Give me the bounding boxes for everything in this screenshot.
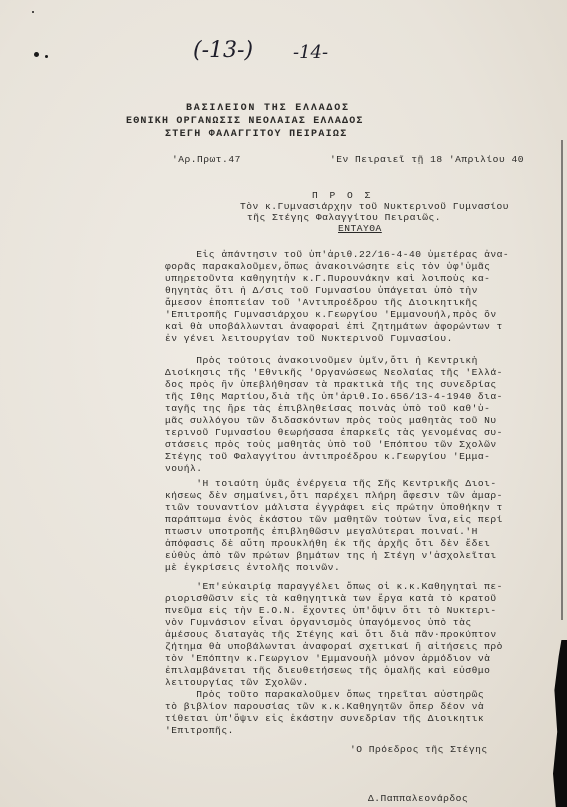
- page-edge-shadow: [561, 140, 563, 620]
- place-date: 'Εν Πειραιεῖ τῇ 18 'Απριλίου 40: [330, 154, 524, 165]
- body-line: 'Επιτροπῆς.: [165, 725, 234, 736]
- body-line: 'Επιτροπῆς Γυμνασιάρχου κ.Γεωργίου 'Εμμα…: [165, 309, 497, 320]
- letterhead-line-3: ΣΤΕΓΗ ΦΑΛΑΓΓΙΤΟΥ ΠΕΙΡΑΙΩΣ: [165, 129, 348, 140]
- body-line: κήσεως δὲν σημαίνει,ὅτι παρέχει πλήρη ἄφ…: [165, 490, 503, 501]
- body-line: παράπτωμα ἑνὸς ἑκάστου τῶν μαθητῶν τούτω…: [165, 514, 503, 525]
- body-line: νουήλ.: [165, 463, 203, 474]
- body-line: καὶ θὰ υποβάλλωνται ἀναφοραὶ ἐπὶ ζητημάτ…: [165, 321, 503, 332]
- ink-spot: [32, 11, 34, 13]
- body-line: τιῶν τουναντίον μάλιστα ἐγγράφει εἰς πρώ…: [165, 502, 503, 513]
- addressee-location: ΕΝΤΑΥΘΑ: [338, 223, 382, 234]
- body-line: νὸν Γυμνάσιον εἶναι ὀργανισμὸς ὑπαγόμενο…: [165, 617, 472, 628]
- body-line: λειτουργίας τῶν Σχολῶν.: [165, 677, 309, 688]
- body-line: ἄμεσον ἐποπτείαν τοῦ 'Αντιπροέδρου τῆς Δ…: [165, 297, 478, 308]
- torn-page-edge: [553, 640, 567, 807]
- body-line: εὐθὺς ἀπὸ τῶν πρώτων βημάτων της ἡ Στέγη…: [165, 550, 497, 561]
- body-line: ἐν γένει λειτουργίαν τοῦ Νυκτερινοῦ Γυμν…: [165, 333, 453, 344]
- body-line: ταγῆς της ἤρε τὰς ἐπιβληθείσας ποινὰς ὑπ…: [165, 403, 490, 414]
- body-line: τίθεται ὑπ'ὄψιν εἰς ἑκάστην συνεδρίαν τῆ…: [165, 713, 484, 724]
- body-line: τῆς Ιθης Μαρτίου,διὰ τῆς ὑπ'ἀριθ.Ιο.656/…: [165, 391, 503, 402]
- letterhead-line-1: ΒΑΣΙΛΕΙΟΝ ΤΗΣ ΕΛΛΑΔΟΣ: [186, 103, 350, 114]
- body-line: 'Επ'εὐκαιρίᾳ παραγγέλει ὅπως οἱ κ.κ.Καθη…: [165, 581, 503, 592]
- letterhead-line-2: ΕΘΝΙΚΗ ΟΡΓΑΝΩΣΙΣ ΝΕΟΛΑΙΑΣ ΕΛΛΑΔΟΣ: [126, 116, 364, 127]
- body-line: Πρὸς τοῦτο παρακαλοῦμεν ὅπως τηρεῖται αὐ…: [165, 689, 484, 700]
- handwritten-page-number-left: (-13-): [193, 38, 253, 63]
- body-line: φορᾶς παρακαλοῦμεν,ὅπως ἀνακοινώσητε εἰς…: [165, 261, 490, 272]
- ink-spot: [34, 52, 39, 57]
- body-line: ἀμέσους διαταγὰς τῆς Στέγης καὶ ὅτι διὰ …: [165, 629, 497, 640]
- signature-name: Δ.Παππαλεονάρδος: [368, 793, 468, 804]
- addressee-line-2: τῆς Στέγης Φαλαγγίτου Πειραιῶς.: [247, 212, 441, 223]
- body-line: τερινοῦ Γυμνασίου θεωρήσασα ἐπαρκεῖς τὰς…: [165, 427, 503, 438]
- body-line: πνεῦμα εἰς τὴν Ε.Ο.Ν. ἔχοντες ὑπ'ὄψιν ὅτ…: [165, 605, 497, 616]
- body-line: Εἰς ἀπάντησιν τοῦ ὑπ'ἀριθ.22/16-4-40 ὑμε…: [165, 249, 509, 260]
- addressee-line-1: Τὸν κ.Γυμνασιάρχην τοῦ Νυκτερινοῦ Γυμνασ…: [240, 201, 509, 212]
- ink-spot: [45, 55, 48, 58]
- body-line: ἐπιλαμβάνεται τῆς διευθετήσεως τῆς ὁμαλῆ…: [165, 665, 490, 676]
- body-line: στάσεις πρὸς τοὺς μαθητὰς ὑπὸ τοῦ 'Επόπτ…: [165, 439, 497, 450]
- body-line: μᾶς συλλόγου τῶν διδασκόντων πρὸς τοὺς μ…: [165, 415, 497, 426]
- body-line: Στέγης τοῦ Φαλαγγίτου ἀντιπροέδρου κ.Γεω…: [165, 451, 490, 462]
- signature-title: 'Ο Πρόεδρος τῆς Στέγης: [350, 744, 488, 755]
- body-line: θηγητὰς ὅτι ἡ Δ/σις τοῦ Γυμνασίου ὑπάγετ…: [165, 285, 478, 296]
- body-line: τὸ βιβλίον παρουσίας τῶν κ.κ.Καθηγητῶν ὅ…: [165, 701, 484, 712]
- body-line: τὸν 'Επόπτην κ.Γεωργιον 'Εμμανουὴλ μόνον…: [165, 653, 490, 664]
- addressee-pros: Π Ρ Ο Σ: [312, 190, 373, 201]
- body-line: Πρὸς τούτοις ἀνακοινοῦμεν ὑμῖν,ὅτι ἡ Κεν…: [165, 355, 478, 366]
- handwritten-page-number-right: -14-: [293, 42, 328, 63]
- body-line: 'Η τοιαύτη ὑμᾶς ἐνέργεια τῆς Σῆς Κεντρικ…: [165, 478, 497, 489]
- body-line: ριορισθῶσιν εἰς τὰ καθηγητικὰ των ἔργα κ…: [165, 593, 497, 604]
- document-page: (-13-) -14- ΒΑΣΙΛΕΙΟΝ ΤΗΣ ΕΛΛΑΔΟΣ ΕΘΝΙΚΗ…: [0, 0, 567, 807]
- body-line: υπηρετοῦντα καθηγητὴν κ.Γ.Πυρουνάκην καὶ…: [165, 273, 490, 284]
- body-line: Διοίκησις τῆς 'Εθνικῆς 'Οργανώσεως Νεολα…: [165, 367, 503, 378]
- body-line: πτωσιν υποτροπῆς ἐπιβληθῶσιν μεγαλύτεραι…: [165, 526, 478, 537]
- body-line: δος πρὸς ἣν ὑπεβλήθησαν τὰ πρακτικὰ τῆς …: [165, 379, 497, 390]
- body-line: ἀπόφασις δὲ αὕτη προυκλήθη ἐκ τῆς ἀρχῆς …: [165, 538, 490, 549]
- body-line: ζήτημα θὰ υποβάλωνται ἀναφοραί σχετικαί …: [165, 641, 503, 652]
- protocol-number: 'Αρ.Πρωτ.47: [172, 154, 241, 165]
- body-line: μὲ ἐγκρίσεις ἐντολῆς ποινῶν.: [165, 562, 340, 573]
